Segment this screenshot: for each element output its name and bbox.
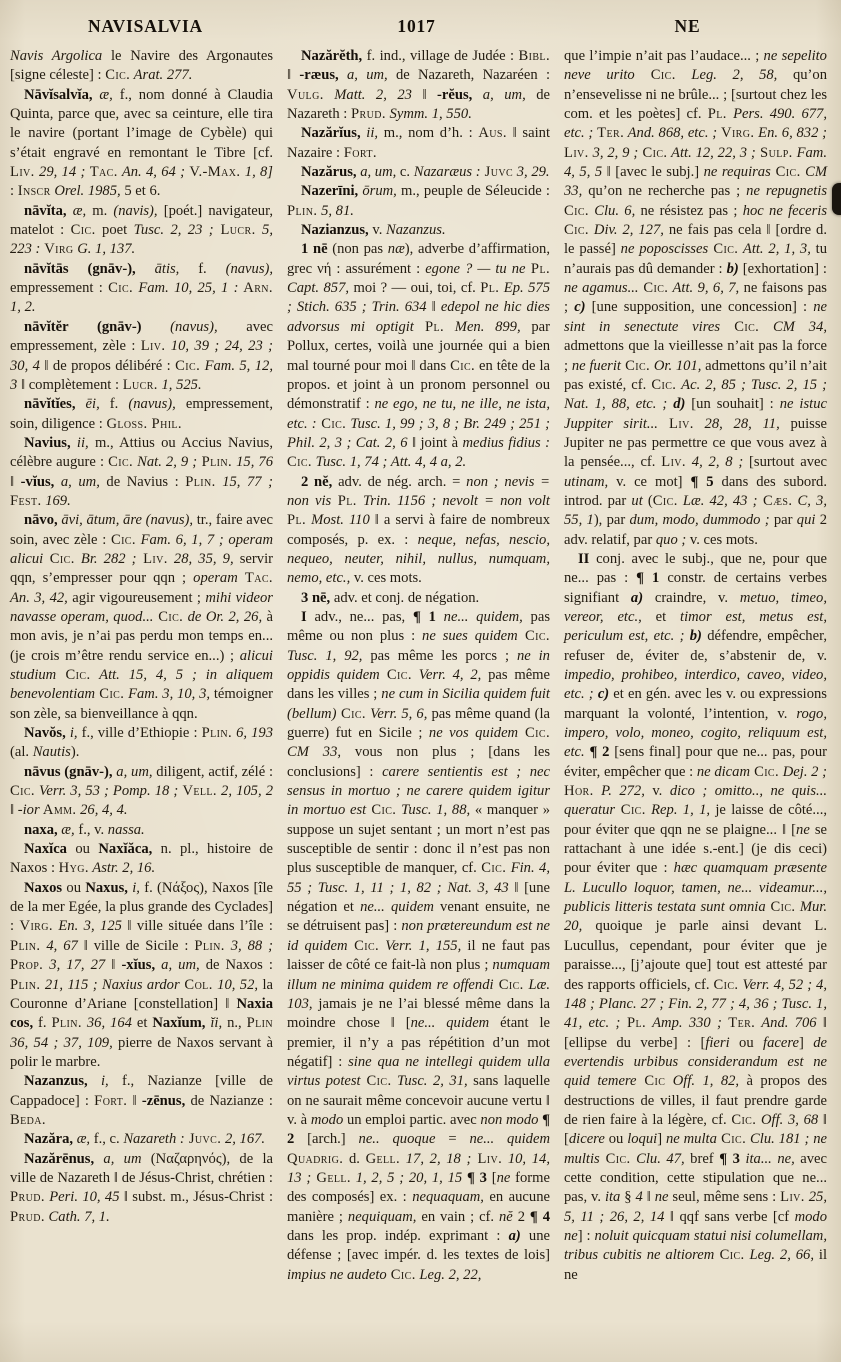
entry-paragraph: Nazărus, a, um, c. Nazaræus : Juvc 3, 29… [287, 163, 550, 182]
text-run: n., [222, 1015, 246, 1031]
text-run: Clu. 6, [589, 203, 635, 219]
text-run: Cic. [336, 706, 366, 722]
text-run: Cic. [175, 358, 200, 374]
text-run: -vĭus, [21, 474, 55, 490]
running-header: NAVISALVIA 1017 NE [0, 0, 841, 37]
text-run: ne... quidem [411, 1015, 490, 1031]
text-run: adv. et conj. de négation. [330, 590, 479, 606]
entry-paragraph: Nazărēnus, a, um (Ναζαρηνός), de la vill… [10, 1150, 273, 1227]
text-run: [exhortation] : [739, 261, 827, 277]
text-run: Arat. 277. [130, 67, 192, 83]
text-run: Tusc. 2, 23 ; [134, 222, 214, 238]
text-run: en vain ; cf. [416, 1209, 499, 1225]
text-run: Prud. [351, 106, 386, 122]
text-run: Cic. [564, 203, 589, 219]
text-run: Tusc. 1, 92, [287, 648, 362, 664]
text-run: dicere [569, 1131, 605, 1147]
text-run: ‖ subst. m., Jésus-Christ : [120, 1189, 273, 1205]
text-run: impius ne audeto [287, 1267, 387, 1283]
text-run: Plin. [202, 725, 232, 741]
text-run: Cic. [153, 609, 183, 625]
text-run: ĭi, [205, 1015, 222, 1031]
column-2: Nazărĕth, f. ind., village de Judée : Bi… [287, 47, 550, 1285]
entry-paragraph: 2 nĕ, adv. de nég. arch. = non ; nevis =… [287, 473, 550, 589]
text-run: seul, même sens : [669, 1189, 781, 1205]
text-run: Lucr. [214, 222, 256, 238]
text-run: Fam. 10, 25, 1 : [133, 280, 238, 296]
text-run: Naxĭca [24, 841, 67, 857]
text-run: Astr. 2, 16. [89, 860, 155, 876]
text-run: c. [396, 164, 413, 180]
entry-paragraph: Navŏs, i, f., ville d’Ethiopie : Plin. 6… [10, 724, 273, 763]
text-run: Nazanzus. [386, 222, 446, 238]
text-run: Cic. [638, 145, 667, 161]
text-run: ne... quidem, [436, 609, 523, 625]
text-run: egone ? — tu ne [425, 261, 525, 277]
entry-paragraph: nāvĭta, æ, m. (navis), [poét.] navigateu… [10, 202, 273, 260]
text-run: ‖ [avec le subj.] [602, 164, 703, 180]
text-run: ¶ 3 [719, 1151, 740, 1167]
text-run: Vell. [178, 783, 217, 799]
ink-blot-mark [832, 183, 841, 215]
text-run: Cic. [43, 551, 75, 567]
text-run: ou [605, 1131, 627, 1147]
text-run: Cic. [766, 899, 796, 915]
text-run: -rĕus, [437, 87, 472, 103]
entry-paragraph: I adv., ne... pas, ¶ 1 ne... quidem, pas… [287, 608, 550, 1285]
text-run: Symm. 1, 550. [386, 106, 472, 122]
text-run: v. [369, 222, 386, 238]
text-run: Virg. [20, 918, 53, 934]
text-run: Cic. [10, 783, 35, 799]
text-run: Liv. [564, 145, 589, 161]
text-run: nāvĭtās (gnāv-), [24, 261, 136, 277]
text-run: v. ces mots. [686, 532, 758, 548]
text-run: agir vigoureusement ; [68, 590, 206, 606]
page-number: 1017 [281, 16, 552, 37]
entry-paragraph: Nāvĭsalvĭa, æ, f., nom donné à Claudia Q… [10, 86, 273, 202]
text-run: Leg. 2, 58, [676, 67, 778, 83]
text-run: Naxĭăca, [98, 841, 152, 857]
text-run: = [435, 1131, 469, 1147]
text-run: ne agamus... [564, 280, 639, 296]
text-run: ne dicam [697, 764, 750, 780]
text-run: Juvc [481, 164, 513, 180]
text-run: Pl. [414, 319, 444, 335]
text-run: ne [796, 822, 810, 838]
text-run: Liv. [661, 454, 686, 470]
header-keyword-left: NAVISALVIA [10, 16, 281, 37]
text-run: 3, 29. [513, 164, 549, 180]
text-run: Nazărēnus, [24, 1151, 94, 1167]
text-run: Amp. 330 ; [646, 1015, 722, 1031]
text-run: ¶ 2 [585, 744, 610, 760]
text-run: -ræus, [299, 67, 338, 83]
text-run: Br. 282 ; [75, 551, 137, 567]
text-run: 36, 164 [82, 1015, 132, 1031]
text-run: Naxos [24, 880, 62, 896]
text-run: qui [797, 512, 816, 528]
text-run: empressement : [10, 280, 108, 296]
text-run: Virg. [717, 125, 754, 141]
text-run: Cic. [108, 280, 133, 296]
text-run: et [132, 1015, 152, 1031]
text-run: Dej. 2 ; [779, 764, 827, 780]
text-run: 2 nĕ, [301, 474, 332, 490]
text-run: ne... quidem [469, 1131, 550, 1147]
text-run: ne poposcisses [621, 241, 709, 257]
text-run: 3 nē, [301, 590, 330, 606]
text-run: 15, 76 [232, 454, 273, 470]
text-run: adv., ne... pas, [307, 609, 413, 625]
text-run: Nautis [33, 744, 71, 760]
text-run: nassa. [108, 822, 145, 838]
text-run: Cic. [111, 532, 136, 548]
text-run: 3, 17, 27 [43, 957, 105, 973]
text-run: [ [487, 1170, 497, 1186]
entry-paragraph: Nazăra, æ, f., c. Nazareth : Juvc. 2, 16… [10, 1130, 273, 1149]
text-run: Ter. [593, 125, 624, 141]
text-run: Pl. [708, 106, 727, 122]
entry-paragraph: Nazărĭus, ii, m., nom d’h. : Aus. ‖ sain… [287, 124, 550, 163]
text-run: a) [631, 590, 643, 606]
text-run: Arn. [238, 280, 273, 296]
entry-paragraph: Nazianzus, v. Nazanzus. [287, 221, 550, 240]
text-run: un emploi partic. avec [343, 1112, 480, 1128]
text-run: Pl. [480, 280, 499, 296]
text-run: par [770, 512, 797, 528]
text-run: 1, 8] [240, 164, 273, 180]
entry-paragraph: que l’impie n’ait pas l’audace... ; ne s… [564, 47, 827, 550]
text-run: a, um, [113, 764, 153, 780]
text-run: i, [128, 880, 140, 896]
text-run: de Naxos : [200, 957, 273, 973]
text-run: Cic. [771, 164, 801, 180]
text-run: ‖ qqf sans verbe [cf [664, 1209, 794, 1225]
text-run: Cic. [348, 938, 380, 954]
column-3: que l’impie n’ait pas l’audace... ; ne s… [564, 47, 827, 1285]
text-run: 4, 2, 8 ; [686, 454, 743, 470]
text-run: Liv. [471, 1151, 502, 1167]
text-run: Nazaræus : [414, 164, 481, 180]
text-run: ] : [578, 1228, 595, 1244]
text-run: Cic. [518, 725, 550, 741]
text-run: Cic. [720, 319, 759, 335]
text-run: ‖ [10, 802, 18, 818]
text-run: Cic. [600, 1151, 631, 1167]
text-run: ‖ [10, 474, 21, 490]
text-run: 2, 105, 2 [217, 783, 273, 799]
text-run: Cic. [635, 67, 676, 83]
entry-paragraph: Naxos ou Naxus, i, f. (Νάξος), Naxos [îl… [10, 879, 273, 1072]
text-run: a, um, [472, 87, 525, 103]
text-run: 5 et 6. [121, 183, 161, 199]
text-run: 2 [513, 1209, 530, 1225]
text-run: § [620, 1189, 635, 1205]
text-run: 6, 193 [232, 725, 273, 741]
text-run: Nazărus, [301, 164, 357, 180]
text-run: Cic. [639, 280, 669, 296]
text-run: Tac. [238, 570, 273, 586]
text-run: Att. 12, 22, 3 ; [667, 145, 755, 161]
entry-paragraph: nāvĭtās (gnāv-), ātis, f. (navus), empre… [10, 260, 273, 318]
text-run: Plin. [185, 474, 215, 490]
text-run: 28, 35, 9, [168, 551, 234, 567]
text-run: ¶ 3 [462, 1170, 487, 1186]
text-run: ii, [361, 125, 378, 141]
text-run: Pl. [526, 261, 551, 277]
text-run: Prop. [10, 957, 43, 973]
text-run: āvi, ātum, āre (navus), [58, 512, 193, 528]
text-run: ] [799, 1035, 813, 1051]
text-run: Gell. [366, 1151, 401, 1167]
text-run: Gloss. Phil. [106, 416, 182, 432]
text-run: Att. 2, 1, 3, [738, 241, 811, 257]
text-run: -ior [18, 802, 40, 818]
text-run: Plin. [197, 454, 232, 470]
text-run: Cic. [731, 1112, 756, 1128]
text-run: Quadrig. [287, 1151, 343, 1167]
text-run: ou [730, 1035, 763, 1051]
text-run: II [578, 551, 589, 567]
text-run: ne fuerit [572, 358, 621, 374]
text-run: ne [497, 1170, 511, 1186]
text-run: 4, 67 [40, 938, 77, 954]
text-run: f., v. [75, 822, 108, 838]
text-run: ( [643, 493, 653, 509]
text-run: 2, 167. [221, 1131, 265, 1147]
text-run: 17, 2, 18 ; [400, 1151, 471, 1167]
text-run: 4 [636, 1189, 643, 1205]
text-run: ] [657, 1131, 666, 1147]
text-run: [surtout avec [743, 454, 827, 470]
text-run: utinam, [564, 474, 608, 490]
text-run: Pl. [287, 512, 306, 528]
text-run: ‖ [105, 957, 121, 973]
text-run: poet [96, 222, 134, 238]
text-run: æ, [67, 203, 87, 219]
text-run: ut [631, 493, 642, 509]
text-run: 1, 2, 5 ; 20, 1, 15 [351, 1170, 462, 1186]
text-run: CM 34, [759, 319, 827, 335]
text-run: Navius, [24, 435, 71, 451]
text-run: i, [88, 1073, 109, 1089]
text-run: (non pas [328, 241, 388, 257]
text-run: Liv. [658, 416, 694, 432]
text-run: nĕ [499, 1209, 513, 1225]
text-run: æ, [73, 1131, 90, 1147]
text-run: Plin [247, 1015, 273, 1031]
text-run: ‖ de propos délibéré : [40, 358, 175, 374]
text-run: quo ; [656, 532, 686, 548]
text-run: f. ind., village de Judée : [362, 48, 518, 64]
text-run: P. 272, [594, 783, 645, 799]
text-run: Tusc. 1, 88, [396, 802, 470, 818]
text-run: -xĭus, [121, 957, 155, 973]
text-run: Leg. 2, 22, [416, 1267, 482, 1283]
text-run: de Navius : [100, 474, 185, 490]
text-run: Lucr. [123, 377, 158, 393]
text-run: Cic. [387, 1267, 416, 1283]
text-run: Rep. 1, 1, [646, 802, 710, 818]
text-run: a, um, [339, 67, 388, 83]
text-run: Verr. 4, 2, [412, 667, 481, 683]
text-run: (al. [10, 744, 33, 760]
text-run: f. [179, 261, 225, 277]
text-run: [une supposition, une concession] : [586, 299, 814, 315]
text-run: ¶ 5 [690, 474, 713, 490]
text-run: Nazareth : [123, 1131, 184, 1147]
text-run: Cic. [366, 802, 396, 818]
text-run: Capt. 857, [287, 280, 349, 296]
text-run: Fest. [10, 493, 42, 509]
text-run: f. [100, 396, 129, 412]
text-run: Clu. 47, [631, 1151, 685, 1167]
text-run: moi ? — oui, toi, cf. [349, 280, 480, 296]
text-run: pas même les porcs ; [362, 648, 517, 664]
text-run: nāvĭta, [24, 203, 67, 219]
text-run: facere [763, 1035, 799, 1051]
text-run: Fam. 3, 10, 3, [124, 686, 210, 702]
text-run: Plin. [10, 938, 40, 954]
text-run: Matt. 2, 23 [324, 87, 412, 103]
text-run: And. 868, etc. ; [624, 125, 717, 141]
text-run: ‖ joint à [408, 435, 463, 451]
text-run: dum, modo, dummodo ; [630, 512, 770, 528]
text-run: nequiquam, [348, 1209, 417, 1225]
text-run: Tusc. 1, 74 ; Att. 4, 4 a, 2. [312, 454, 466, 470]
text-run: Div. 2, 127, [589, 222, 664, 238]
text-run: c) [594, 686, 609, 702]
text-run: Cic. [380, 667, 412, 683]
text-run: Verr. 1, 155, [379, 938, 461, 954]
text-run: v. ces mots. [350, 570, 422, 586]
entry-paragraph: nāvus (gnāv-), a, um, diligent, actif, z… [10, 763, 273, 821]
text-run: Cic. [708, 241, 738, 257]
text-run: 3, 2, 9 ; [589, 145, 638, 161]
text-run: Naxus, [85, 880, 128, 896]
text-run: Cic. [717, 1131, 746, 1147]
text-run: ne.. quoque [359, 1131, 436, 1147]
text-run: 5, 81. [317, 203, 353, 219]
text-run: Tac. [85, 164, 118, 180]
text-run: f. [33, 1015, 51, 1031]
text-run: Fort. [94, 1093, 127, 1109]
text-run: Bibl. [519, 48, 551, 64]
text-run: 1, 525. [158, 377, 202, 393]
text-run: Cic. [714, 1247, 744, 1263]
text-run: ¶ 1 [636, 570, 659, 586]
text-run: 10, 52, [213, 977, 258, 993]
text-run: Prud. [10, 1209, 45, 1225]
text-run: Liv. [10, 164, 35, 180]
text-run: Cic. [95, 686, 124, 702]
text-run: Nazărĕth, [301, 48, 362, 64]
text-run: Nazianzus, [301, 222, 369, 238]
text-run: (navus), [226, 261, 273, 277]
text-run: a, um [94, 1151, 141, 1167]
text-run: craindre, v. [643, 590, 740, 606]
text-run: Cic. [615, 802, 646, 818]
text-run: diligent, actif, zélé : [153, 764, 273, 780]
text-run: Hor. [564, 783, 594, 799]
text-run: ne sues quidem [422, 628, 518, 644]
text-run: ‖ [287, 67, 299, 83]
text-run: Hyg. [59, 860, 89, 876]
text-run: d) [667, 396, 685, 412]
text-run: ou [62, 880, 85, 896]
text-run: de Or. 2, 26, [183, 609, 262, 625]
text-run: medius fidius : [463, 435, 550, 451]
text-run: Cic. [317, 416, 347, 432]
text-run: Cic. [108, 454, 133, 470]
text-run: 15, 77 ; [216, 474, 273, 490]
text-run: Cic. [450, 358, 475, 374]
text-run: Fort. [344, 145, 377, 161]
entry-paragraph: Navius, ii, m., Attius ou Accius Navius,… [10, 434, 273, 511]
text-run: Men. 899, [444, 319, 521, 335]
text-run: de Nazareth, Nazaréen : [388, 67, 550, 83]
text-run: et [642, 609, 680, 625]
text-run: Pl. [331, 493, 357, 509]
text-run: ¶ 4 [530, 1209, 550, 1225]
text-run: ne résistez pas ; [635, 203, 742, 219]
text-run: 36, 54 ; 37, 109, [10, 1035, 113, 1051]
text-run: Off. 1, 82, [665, 1073, 739, 1089]
text-run: Cic. [56, 667, 90, 683]
text-run: Prud. [10, 1189, 45, 1205]
text-run: non modo [480, 1112, 538, 1128]
text-run: ne... quidem [360, 899, 434, 915]
text-run: Vulg. [287, 87, 324, 103]
text-run: Liv. [780, 1189, 805, 1205]
text-run: a, um, [155, 957, 200, 973]
text-run: Inscr [18, 183, 51, 199]
text-run: Cic. [621, 358, 650, 374]
text-run: 1 nē [301, 241, 328, 257]
text-run: m. [86, 203, 113, 219]
text-run: ‖ complètement : [17, 377, 122, 393]
text-run: -zēnus, [142, 1093, 185, 1109]
text-run: b) [684, 628, 701, 644]
text-run: Cath. 7, 1. [45, 1209, 110, 1225]
text-run: Cic. [564, 222, 589, 238]
text-run: que l’impie n’ait pas l’audace... ; [564, 48, 764, 64]
text-run: ‖ [643, 1189, 655, 1205]
text-run: 169. [42, 493, 71, 509]
text-run: f., c. [90, 1131, 123, 1147]
text-run: b) [727, 261, 739, 277]
text-run: An. 4, 64 ; [118, 164, 185, 180]
text-run: ne [655, 1189, 669, 1205]
text-run: qu’on ne recherche pas ; [582, 183, 746, 199]
text-run: c) [574, 299, 585, 315]
text-run: CM 33, [287, 744, 341, 760]
text-run: ‖ ville de Sicile : [78, 938, 195, 954]
text-run: næ [388, 241, 405, 257]
text-run: Plin. [10, 977, 40, 993]
text-run: ), par [594, 512, 630, 528]
text-run: ōrum, [358, 183, 397, 199]
text-run: 28, 28, 11, [694, 416, 780, 432]
text-run: Orel. 1985, [51, 183, 121, 199]
text-run: æ, [93, 87, 113, 103]
text-run: ¶ 1 [413, 609, 436, 625]
entry-paragraph: nāvo, āvi, ātum, āre (navus), tr., faire… [10, 511, 273, 724]
text-run: nāvo, [24, 512, 58, 528]
text-run: ātis, [136, 261, 180, 277]
text-run: v. [645, 783, 670, 799]
